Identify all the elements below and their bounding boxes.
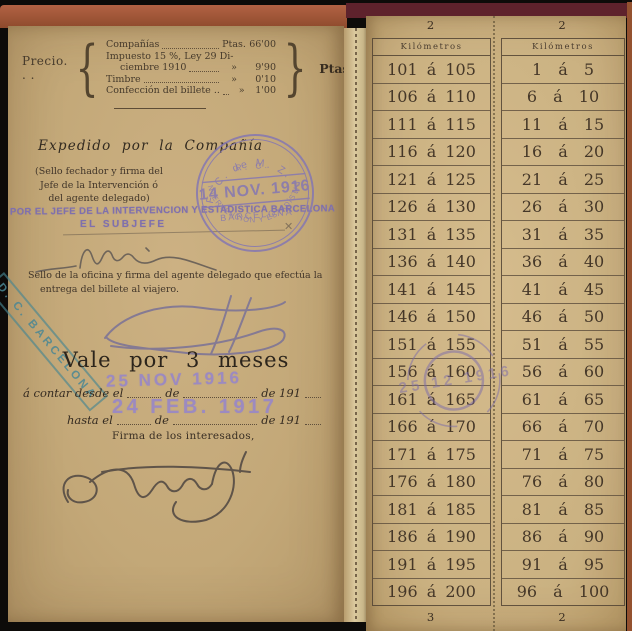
divider-rule [114,108,206,109]
km-range-cell: 126 á 130 [373,193,490,221]
right-column-bottom-number: 2 [501,610,623,624]
km-range-cell: 141 á 145 [373,275,490,303]
km-range-cell: 21 á 25 [502,165,624,193]
price-items: Compañías Ptas. 66'00 Impuesto 15 %, Ley… [106,40,276,97]
km-range-cell: 76 á 80 [502,468,624,496]
booklet-right-edge [627,2,632,631]
left-ticket-page: Precio. . . { Compañías Ptas. 66'00 Impu… [8,26,344,622]
seal-instruction-note: (Sello fechador y firma del Jefe de la I… [20,165,178,206]
km-range-cell: 46 á 50 [502,303,624,331]
km-range-cell: 86 á 90 [502,523,624,551]
validity-title: Vale por 3 meses [8,348,344,372]
km-range-cell: 101 á 105 [373,56,490,83]
km-range-cell: 51 á 55 [502,330,624,358]
price-block: Precio. . . { Compañías Ptas. 66'00 Impu… [22,40,334,97]
left-column-top-number: 2 [372,18,489,32]
right-table-header: Kilómetros [502,39,624,56]
km-range-cell: 176 á 180 [373,468,490,496]
brace-left: { [75,40,98,96]
km-range-cell: 106 á 110 [373,83,490,111]
table-round-date-stamp: 25 12 1916 [383,307,532,456]
km-range-cell: 186 á 190 [373,523,490,551]
right-column-top-number: 2 [501,18,623,32]
table-stamp-date: 25 12 1916 [398,362,514,397]
km-range-cell: 181 á 185 [373,495,490,523]
km-range-cell: 191 á 195 [373,550,490,578]
brace-right: } [284,40,307,96]
km-range-cell: 71 á 75 [502,440,624,468]
km-range-cell: 1 á 5 [502,56,624,83]
km-range-cell: 31 á 35 [502,220,624,248]
price-item-confeccion: Confección del billete .. » 1'00 [106,86,276,97]
booklet-cover-edge [0,5,347,28]
kilometre-table-right: Kilómetros 1 á 56 á 1011 á 1516 á 2021 á… [501,38,625,606]
km-range-cell: 26 á 30 [502,193,624,221]
km-range-cell: 81 á 85 [502,495,624,523]
fcmza-round-date-stamp: F. C. de M. Z. A. R. C. 14 NOV. 1916 BAR… [186,124,325,263]
km-range-cell: 91 á 95 [502,550,624,578]
left-table-header: Kilómetros [373,39,490,56]
holder-signature [50,440,260,530]
price-item-impuesto-line1: Impuesto 15 %, Ley 29 Di- [106,52,276,63]
km-range-cell: 36 á 40 [502,248,624,276]
price-item-timbre: Timbre » 0'10 [106,75,276,86]
stub-perforation [355,28,357,622]
km-range-cell: 11 á 15 [502,110,624,138]
km-range-cell: 116 á 120 [373,138,490,166]
km-range-cell: 196 á 200 [373,578,490,606]
km-range-cell: 121 á 125 [373,165,490,193]
left-column-bottom-number: 3 [372,610,489,624]
km-range-cell: 131 á 135 [373,220,490,248]
km-range-cell: 96 á 100 [502,578,624,606]
km-range-cell: 16 á 20 [502,138,624,166]
km-range-cell: 41 á 45 [502,275,624,303]
km-range-cell: 6 á 10 [502,83,624,111]
km-range-cell: 136 á 140 [373,248,490,276]
km-range-cell: 111 á 115 [373,110,490,138]
kilometre-table-page: 2 2 Kilómetros 101 á 105106 á 110111 á 1… [366,16,626,631]
end-date-line: hasta el de de 191 [67,413,325,427]
price-item-companias: Compañías Ptas. 66'00 [106,40,276,51]
price-label: Precio. . . [22,54,68,82]
price-item-impuesto-line2: ciembre 1910 » 9'90 [106,63,276,74]
round-stamp-rc: R. C. [235,160,270,173]
